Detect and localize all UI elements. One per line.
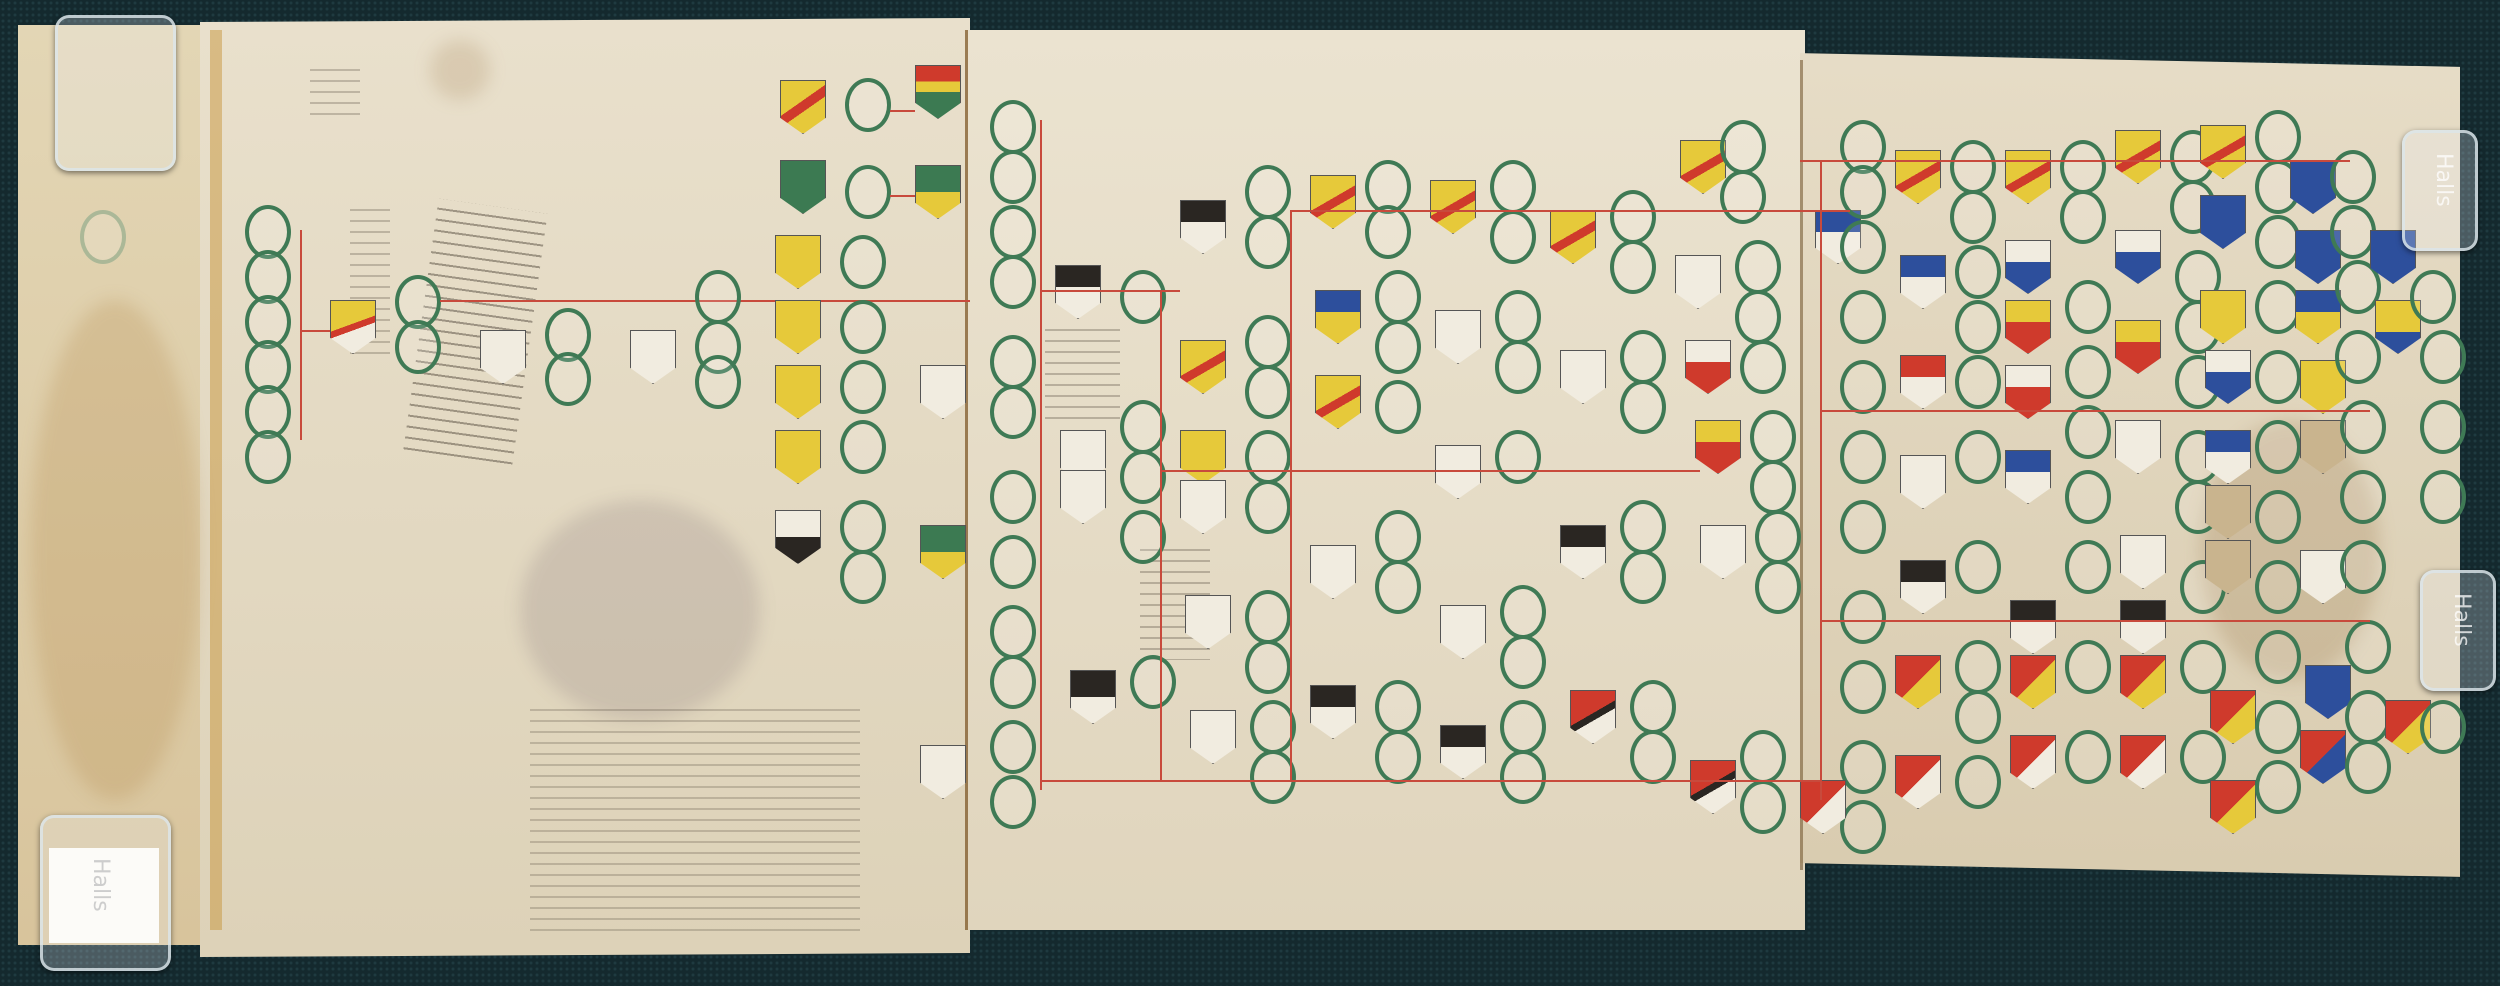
pedigree-roundel (1500, 750, 1546, 804)
pedigree-roundel (2255, 350, 2301, 404)
pedigree-roundel (1500, 700, 1546, 754)
lineage-line (1040, 290, 1180, 292)
pedigree-roundel (1500, 635, 1546, 689)
pedigree-roundel (1495, 430, 1541, 484)
pedigree-roundel (2345, 620, 2391, 674)
pedigree-roundel (2065, 470, 2111, 524)
pedigree-roundel (1755, 560, 1801, 614)
pedigree-roundel (1620, 550, 1666, 604)
pedigree-roundel (1950, 140, 1996, 194)
pedigree-roundel (2065, 280, 2111, 334)
pedigree-roundel (2060, 190, 2106, 244)
pedigree-roundel (1840, 360, 1886, 414)
pedigree-roundel (2255, 630, 2301, 684)
pedigree-roundel (1750, 460, 1796, 514)
pedigree-roundel (1755, 510, 1801, 564)
lineage-line (890, 195, 915, 197)
lineage-line (1160, 470, 1700, 472)
pedigree-roundel (2255, 560, 2301, 614)
pedigree-roundel (1740, 340, 1786, 394)
pedigree-roundel (2420, 470, 2466, 524)
pedigree-roundel (840, 300, 886, 354)
pedigree-roundel (990, 535, 1036, 589)
glass-weight (55, 15, 176, 171)
pedigree-roundel (990, 255, 1036, 309)
pedigree-roundel (2180, 730, 2226, 784)
pedigree-roundel (1840, 800, 1886, 854)
glass-weight: Halls (40, 815, 171, 971)
pedigree-roundel (2255, 280, 2301, 334)
pedigree-roundel (1735, 290, 1781, 344)
pedigree-roundel (1630, 730, 1676, 784)
weight-label: Halls (2449, 593, 2474, 647)
pedigree-roundel (2335, 330, 2381, 384)
pedigree-roundel (990, 100, 1036, 154)
handwritten-text-block (1045, 320, 1120, 420)
pedigree-roundel (2345, 740, 2391, 794)
pedigree-roundel (990, 655, 1036, 709)
pedigree-roundel (1375, 560, 1421, 614)
pedigree-roundel (990, 150, 1036, 204)
pedigree-roundel (840, 500, 886, 554)
pedigree-roundel (1840, 290, 1886, 344)
pedigree-roundel (2420, 700, 2466, 754)
pedigree-roundel (2340, 540, 2386, 594)
pedigree-roundel (1735, 240, 1781, 294)
pedigree-roundel (1245, 640, 1291, 694)
pedigree-roundel (2065, 345, 2111, 399)
pedigree-roundel (1245, 365, 1291, 419)
pedigree-roundel (1365, 205, 1411, 259)
pedigree-roundel (1955, 355, 2001, 409)
pedigree-roundel (2255, 420, 2301, 474)
pedigree-roundel (1840, 660, 1886, 714)
pedigree-roundel (2255, 700, 2301, 754)
pedigree-roundel (1840, 500, 1886, 554)
pedigree-roundel (1610, 190, 1656, 244)
photograph: Halls Halls Halls (0, 0, 2500, 986)
pedigree-roundel (2255, 490, 2301, 544)
pedigree-roundel (1620, 500, 1666, 554)
pedigree-roundel (2065, 405, 2111, 459)
pedigree-roundel (1245, 430, 1291, 484)
pedigree-roundel (1610, 240, 1656, 294)
pedigree-roundel (1375, 320, 1421, 374)
seam (1800, 60, 1803, 870)
pedigree-roundel (1245, 165, 1291, 219)
pedigree-roundel (1740, 780, 1786, 834)
pedigree-roundel (1620, 330, 1666, 384)
pedigree-roundel (1490, 210, 1536, 264)
pedigree-roundel (840, 235, 886, 289)
pedigree-roundel (1740, 730, 1786, 784)
pedigree-roundel (1840, 430, 1886, 484)
pedigree-roundel (1245, 215, 1291, 269)
pedigree-roundel (1630, 680, 1676, 734)
lineage-line (1820, 410, 2370, 412)
pedigree-roundel (1375, 680, 1421, 734)
lineage-line (1800, 160, 2350, 162)
pedigree-roundel (2330, 205, 2376, 259)
stain (430, 40, 490, 100)
glass-weight: Halls (2402, 130, 2478, 251)
pedigree-roundel (2340, 400, 2386, 454)
pedigree-roundel (990, 470, 1036, 524)
pedigree-roundel (695, 270, 741, 324)
lineage-line (1040, 780, 1820, 782)
seam (965, 30, 968, 930)
pedigree-roundel (2255, 760, 2301, 814)
pedigree-roundel (1375, 730, 1421, 784)
pedigree-roundel (845, 165, 891, 219)
pedigree-roundel (1500, 585, 1546, 639)
pedigree-roundel (1375, 270, 1421, 324)
glass-weight: Halls (2420, 570, 2496, 691)
pedigree-roundel (2410, 270, 2456, 324)
lineage-line (1290, 210, 1292, 780)
lineage-line (1160, 290, 1162, 780)
pedigree-roundel (1495, 290, 1541, 344)
pedigree-roundel (395, 320, 441, 374)
pedigree-roundel (1840, 220, 1886, 274)
pedigree-roundel (1245, 480, 1291, 534)
pedigree-roundel (1840, 740, 1886, 794)
pedigree-roundel (1130, 655, 1176, 709)
weight-label: Halls (88, 858, 113, 912)
lineage-line (300, 230, 302, 440)
lineage-line (1290, 210, 1850, 212)
pedigree-roundel (2065, 640, 2111, 694)
pedigree-roundel (2060, 140, 2106, 194)
handwritten-text-block (530, 700, 860, 940)
lineage-line (1820, 160, 1822, 800)
pedigree-roundel (80, 210, 126, 264)
pedigree-roundel (1490, 160, 1536, 214)
pedigree-roundel (1245, 315, 1291, 369)
pedigree-roundel (990, 335, 1036, 389)
pedigree-roundel (990, 605, 1036, 659)
pedigree-roundel (1955, 640, 2001, 694)
pedigree-roundel (2065, 540, 2111, 594)
pedigree-roundel (1955, 300, 2001, 354)
pedigree-roundel (990, 720, 1036, 774)
pedigree-roundel (1955, 755, 2001, 809)
pedigree-roundel (245, 430, 291, 484)
seam (210, 30, 222, 930)
pedigree-roundel (990, 385, 1036, 439)
pedigree-roundel (1375, 380, 1421, 434)
pedigree-roundel (1620, 380, 1666, 434)
pedigree-roundel (1955, 430, 2001, 484)
pedigree-roundel (990, 205, 1036, 259)
pedigree-roundel (1955, 245, 2001, 299)
lineage-line (300, 330, 330, 332)
pedigree-roundel (1950, 190, 1996, 244)
lineage-line (1820, 620, 2370, 622)
stain (520, 500, 760, 720)
handwritten-text-block (310, 60, 360, 120)
pedigree-roundel (840, 360, 886, 414)
pedigree-roundel (1955, 690, 2001, 744)
pedigree-roundel (990, 775, 1036, 829)
pedigree-roundel (2330, 150, 2376, 204)
pedigree-roundel (2420, 400, 2466, 454)
pedigree-roundel (695, 355, 741, 409)
pedigree-roundel (545, 352, 591, 406)
pedigree-roundel (1955, 540, 2001, 594)
pedigree-roundel (1720, 120, 1766, 174)
pedigree-roundel (1245, 590, 1291, 644)
pedigree-roundel (2340, 470, 2386, 524)
pedigree-roundel (845, 78, 891, 132)
pedigree-roundel (840, 550, 886, 604)
weight-label: Halls (2431, 153, 2456, 207)
pedigree-roundel (2345, 690, 2391, 744)
pedigree-roundel (2255, 110, 2301, 164)
pedigree-roundel (2065, 730, 2111, 784)
lineage-line (1040, 120, 1042, 790)
pedigree-roundel (1375, 510, 1421, 564)
pedigree-roundel (2255, 215, 2301, 269)
pedigree-roundel (2180, 640, 2226, 694)
pedigree-roundel (1840, 590, 1886, 644)
pedigree-roundel (840, 420, 886, 474)
pedigree-roundel (1495, 340, 1541, 394)
stain (30, 300, 200, 800)
pedigree-roundel (1720, 170, 1766, 224)
lineage-line (890, 110, 915, 112)
pedigree-roundel (2420, 330, 2466, 384)
pedigree-roundel (1750, 410, 1796, 464)
